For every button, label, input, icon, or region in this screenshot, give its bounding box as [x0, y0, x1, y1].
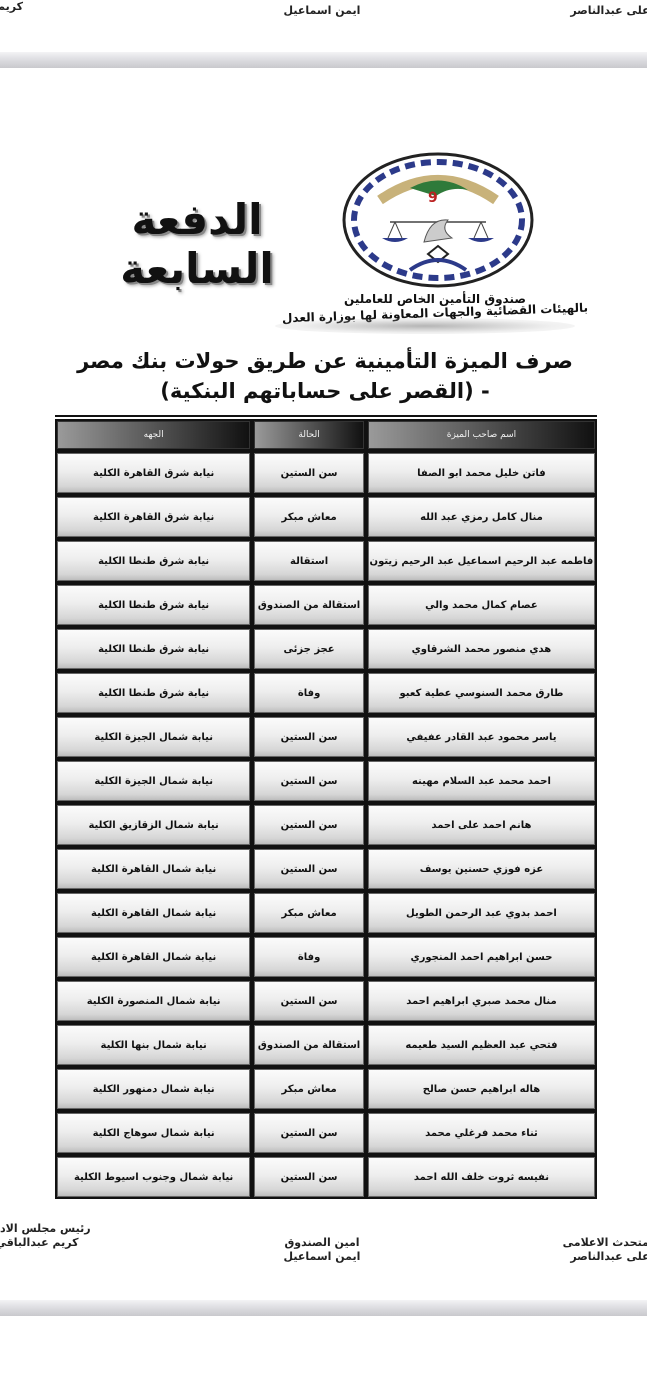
column-header-department: الجهه	[57, 421, 250, 449]
department-cell: نيابة شمال القاهرة الكلية	[57, 937, 250, 977]
status-cell: سن الستين	[254, 849, 364, 889]
status-cell: استقالة	[254, 541, 364, 581]
table-row: فاطمه عبد الرحيم اسماعيل عبد الرحيم زيتو…	[57, 541, 595, 581]
organization-name: صندوق التأمين الخاص للعاملين بالهيئات ال…	[270, 292, 600, 320]
department-cell: نيابة شمال وجنوب اسيوط الكلية	[57, 1157, 250, 1197]
table-row: ثناء محمد فرغلي محمدسن الستيننيابة شمال …	[57, 1113, 595, 1153]
beneficiary-name-cell: هانم احمد على احمد	[368, 805, 595, 845]
status-cell: معاش مبكر	[254, 893, 364, 933]
department-cell: نيابة شمال الزقازيق الكلية	[57, 805, 250, 845]
department-cell: نيابة شمال الجيزة الكلية	[57, 717, 250, 757]
beneficiary-name-cell: فاطمه عبد الرحيم اسماعيل عبد الرحيم زيتو…	[368, 541, 595, 581]
table-row: حسن ابراهيم احمد المنجوريوفاةنيابة شمال …	[57, 937, 595, 977]
table-row: فاتن خليل محمد ابو الصفاسن الستيننيابة ش…	[57, 453, 595, 493]
status-cell: استقالة من الصندوق	[254, 1025, 364, 1065]
signature-name: كريم عبدالباقي	[0, 1236, 102, 1250]
signature-name: ايمن اسماعيل	[262, 1250, 382, 1264]
department-cell: نيابة شمال بنها الكلية	[57, 1025, 250, 1065]
status-cell: استقالة من الصندوق	[254, 585, 364, 625]
beneficiary-name-cell: ياسر محمود عبد القادر عفيفي	[368, 717, 595, 757]
column-header-status: الحالة	[254, 421, 364, 449]
beneficiary-name-cell: هدي منصور محمد الشرقاوي	[368, 629, 595, 669]
department-cell: نيابة شرق طنطا الكلية	[57, 673, 250, 713]
table-header-row: اسم صاحب الميزة الحالة الجهه	[57, 421, 595, 449]
subtitle-line1: صرف الميزة التأمينية عن طريق حولات بنك م…	[60, 346, 590, 376]
status-cell: معاش مبكر	[254, 497, 364, 537]
status-cell: سن الستين	[254, 761, 364, 801]
org-name-shadow	[275, 318, 575, 334]
table-row: هانم احمد على احمدسن الستيننيابة شمال ال…	[57, 805, 595, 845]
table-row: احمد بدوي عبد الرحمن الطويلمعاش مبكرنياب…	[57, 893, 595, 933]
status-cell: سن الستين	[254, 1157, 364, 1197]
table-row: منال محمد صبري ابراهيم احمدسن الستيننياب…	[57, 981, 595, 1021]
beneficiary-name-cell: احمد بدوي عبد الرحمن الطويل	[368, 893, 595, 933]
beneficiary-name-cell: ثناء محمد فرغلي محمد	[368, 1113, 595, 1153]
table-row: هاله ابراهيم حسن صالحمعاش مبكرنيابة شمال…	[57, 1069, 595, 1109]
page-divider-bottom	[0, 1300, 647, 1316]
status-cell: وفاة	[254, 937, 364, 977]
status-cell: عجز جزئى	[254, 629, 364, 669]
signature-name: على عبدالناصر	[560, 1250, 647, 1264]
beneficiary-name-cell: حسن ابراهيم احمد المنجوري	[368, 937, 595, 977]
beneficiary-name-cell: احمد محمد عبد السلام مهينه	[368, 761, 595, 801]
department-cell: نيابة شمال القاهرة الكلية	[57, 849, 250, 889]
department-cell: نيابة شرق القاهرة الكلية	[57, 497, 250, 537]
signature-title: المتحدث الاعلامى	[560, 1236, 647, 1250]
beneficiary-name-cell: فاتن خليل محمد ابو الصفا	[368, 453, 595, 493]
beneficiary-name-cell: منال محمد صبري ابراهيم احمد	[368, 981, 595, 1021]
subtitle-line2: - (القصر على حساباتهم البنكية)	[60, 376, 590, 406]
beneficiary-name-cell: منال كامل رمزي عبد الله	[368, 497, 595, 537]
department-cell: نيابة شمال دمنهور الكلية	[57, 1069, 250, 1109]
beneficiary-name-cell: نفيسه ثروت خلف الله احمد	[368, 1157, 595, 1197]
signature-treasurer: امين الصندوق ايمن اسماعيل	[262, 1236, 382, 1264]
beneficiaries-table: اسم صاحب الميزة الحالة الجهه فاتن خليل م…	[55, 419, 597, 1199]
svg-text:9: 9	[428, 190, 438, 206]
table-row: هدي منصور محمد الشرقاويعجز جزئىنيابة شرق…	[57, 629, 595, 669]
top-signature-right: على عبدالناصر	[560, 4, 647, 18]
table-row: فتحي عبد العظيم السيد طعيمهاستقالة من ال…	[57, 1025, 595, 1065]
status-cell: وفاة	[254, 673, 364, 713]
beneficiary-name-cell: فتحي عبد العظيم السيد طعيمه	[368, 1025, 595, 1065]
beneficiary-name-cell: طارق محمد السنوسي عطية كعبو	[368, 673, 595, 713]
signature-name: على عبدالناصر	[570, 4, 647, 17]
signature-spokesperson: المتحدث الاعلامى على عبدالناصر	[560, 1236, 647, 1264]
table-row: عصام كمال محمد والياستقالة من الصندوقنيا…	[57, 585, 595, 625]
table-row: ياسر محمود عبد القادر عفيفيسن الستيننياب…	[57, 717, 595, 757]
department-cell: نيابة شمال القاهرة الكلية	[57, 893, 250, 933]
signature-chairman: رئيس مجلس الادارة كريم عبدالباقي	[0, 1222, 102, 1250]
status-cell: سن الستين	[254, 981, 364, 1021]
department-cell: نيابة شمال سوهاج الكلية	[57, 1113, 250, 1153]
status-cell: سن الستين	[254, 453, 364, 493]
status-cell: سن الستين	[254, 805, 364, 845]
department-cell: نيابة شمال الجيزة الكلية	[57, 761, 250, 801]
beneficiary-name-cell: عزه فوزي حسنين يوسف	[368, 849, 595, 889]
status-cell: سن الستين	[254, 1113, 364, 1153]
subtitle-underline	[55, 415, 597, 417]
department-cell: نيابة شمال المنصورة الكلية	[57, 981, 250, 1021]
status-cell: معاش مبكر	[254, 1069, 364, 1109]
table-row: منال كامل رمزي عبد اللهمعاش مبكرنيابة شر…	[57, 497, 595, 537]
column-header-name: اسم صاحب الميزة	[368, 421, 595, 449]
beneficiary-name-cell: عصام كمال محمد والي	[368, 585, 595, 625]
fund-logo-emblem: 9	[340, 150, 536, 290]
signature-name: كريم عبدالباقي	[0, 0, 37, 14]
table-row: نفيسه ثروت خلف الله احمدسن الستيننيابة ش…	[57, 1157, 595, 1197]
table-row: احمد محمد عبد السلام مهينهسن الستيننيابة…	[57, 761, 595, 801]
signature-title: امين الصندوق	[262, 1236, 382, 1250]
status-cell: سن الستين	[254, 717, 364, 757]
signature-title: رئيس مجلس الادارة	[0, 1222, 102, 1236]
signature-name: ايمن اسماعيل	[284, 4, 361, 17]
department-cell: نيابة شرق طنطا الكلية	[57, 629, 250, 669]
batch-title: الدفعة السابعة	[62, 195, 332, 293]
top-signature-left: كريم عبدالباقي	[0, 0, 40, 14]
department-cell: نيابة شرق طنطا الكلية	[57, 585, 250, 625]
department-cell: نيابة شرق طنطا الكلية	[57, 541, 250, 581]
table-body: فاتن خليل محمد ابو الصفاسن الستيننيابة ش…	[57, 453, 595, 1197]
top-signature-center: ايمن اسماعيل	[262, 4, 382, 18]
page-divider-top	[0, 52, 647, 68]
page-subtitle: صرف الميزة التأمينية عن طريق حولات بنك م…	[60, 346, 590, 406]
table-row: عزه فوزي حسنين يوسفسن الستيننيابة شمال ا…	[57, 849, 595, 889]
department-cell: نيابة شرق القاهرة الكلية	[57, 453, 250, 493]
table-row: طارق محمد السنوسي عطية كعبووفاةنيابة شرق…	[57, 673, 595, 713]
beneficiary-name-cell: هاله ابراهيم حسن صالح	[368, 1069, 595, 1109]
